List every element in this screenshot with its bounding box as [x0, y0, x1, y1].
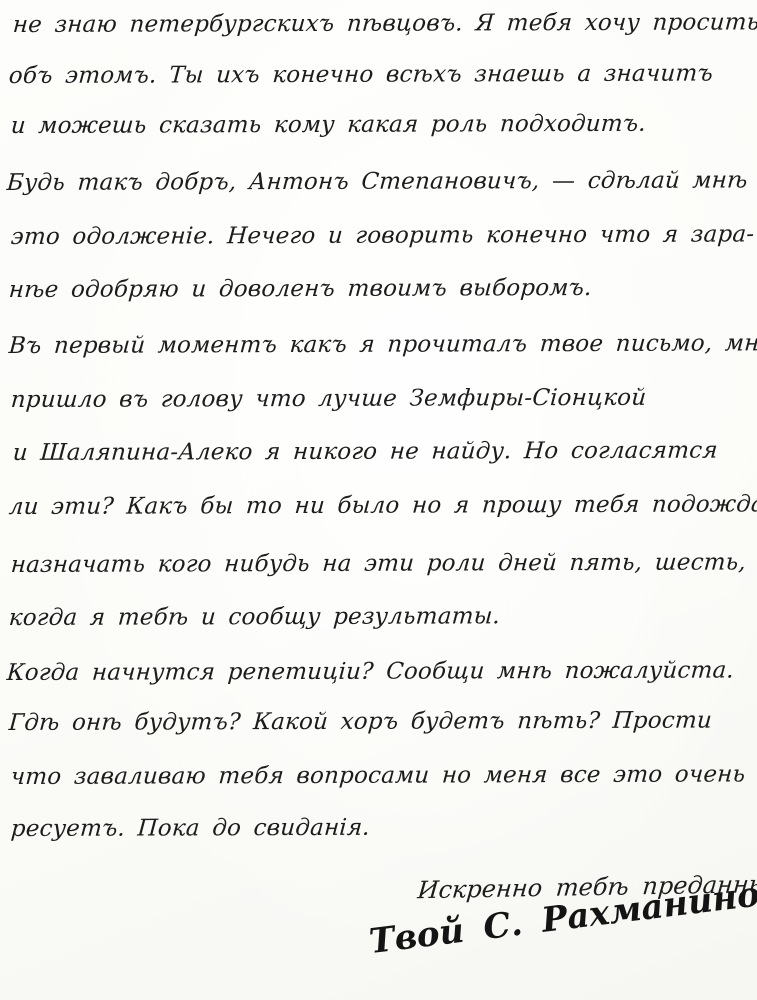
letter-line-9: и Шаляпина-Алеко я никого не найду. Но с… — [12, 438, 719, 466]
letter-line-4: Будь такъ добръ, Антонъ Степановичъ, — с… — [6, 167, 748, 196]
letter-line-2: объ этомъ. Ты ихъ конечно всѣхъ знаешь а… — [8, 61, 714, 89]
letter-line-1: не знаю петербургскихъ пѣвцовъ. Я тебя х… — [12, 9, 757, 38]
letter-line-11: назначать кого нибудь на эти роли дней п… — [10, 549, 747, 578]
letter-line-12: когда я тебѣ и сообщу результаты. — [8, 603, 501, 631]
letter-line-3: и можешь сказать кому какая роль подходи… — [10, 111, 647, 139]
letter-line-13: Когда начнутся репетиціи? Сообщи мнѣ пож… — [6, 657, 735, 686]
letter-line-10: ли эти? Какъ бы то ни было но я прошу те… — [8, 491, 757, 520]
letter-line-14: Гдѣ онѣ будутъ? Какой хоръ будетъ пѣть? … — [8, 708, 713, 736]
letter-line-16: ресуетъ. Пока до свиданія. — [10, 815, 371, 842]
letter-page: не знаю петербургскихъ пѣвцовъ. Я тебя х… — [0, 0, 757, 1000]
letter-line-7: Въ первый моментъ какъ я прочиталъ твое … — [8, 330, 757, 359]
letter-line-8: пришло въ голову что лучше Земфиры-Сіонц… — [10, 385, 647, 413]
letter-line-6: нѣе одобряю и доволенъ твоимъ выборомъ. — [8, 275, 593, 303]
letter-line-5: это одолженіе. Нечего и говорить конечно… — [10, 221, 755, 250]
letter-line-15: что заваливаю тебя вопросами но меня все… — [10, 761, 757, 790]
